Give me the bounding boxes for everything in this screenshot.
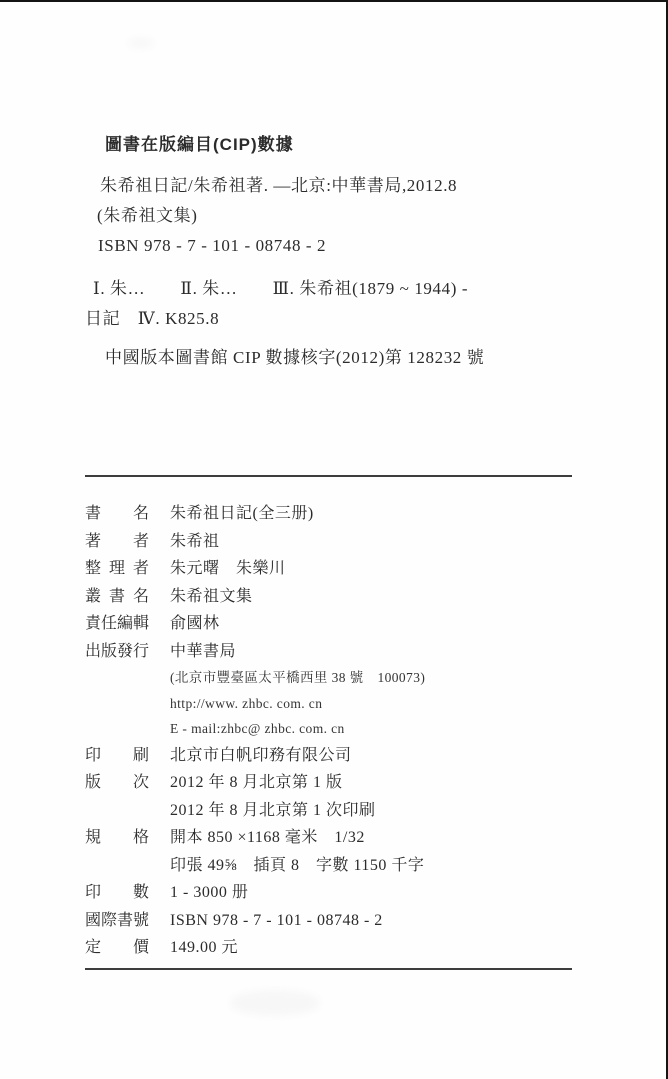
colophon-value: 朱元曙 朱樂川	[170, 555, 572, 583]
colophon-value: ISBN 978 - 7 - 101 - 08748 - 2	[170, 907, 572, 935]
colophon-value: 1 - 3000 册	[170, 879, 572, 907]
book-copyright-page: 圖書在版編目(CIP)數據 朱希祖日記/朱希祖著. —北京:中華書局,2012.…	[0, 0, 668, 1079]
colophon-row-publisher: 出版發行 中華書局 (北京市豐臺區太平橋西里 38 號 100073) http…	[85, 638, 572, 742]
colophon-label: 出版發行	[85, 638, 149, 666]
cip-line: 中國版本圖書館 CIP 數據核字(2012)第 128232 號	[85, 343, 590, 373]
colophon-row-title: 書名 朱希祖日記(全三册)	[85, 500, 572, 528]
colophon-value: 149.00 元	[170, 934, 572, 962]
cip-line: Ⅰ. 朱… Ⅱ. 朱… Ⅲ. 朱希祖(1879 ~ 1944) -	[85, 274, 590, 304]
colophon-row-price: 定價 149.00 元	[85, 934, 572, 962]
colophon-row-isbn: 國際書號 ISBN 978 - 7 - 101 - 08748 - 2	[85, 907, 572, 935]
colophon-value: 俞國林	[170, 610, 572, 638]
cip-line: 朱希祖日記/朱希祖著. —北京:中華書局,2012.8	[85, 171, 590, 201]
colophon-label: 國際書號	[85, 907, 149, 935]
cip-block: 圖書在版編目(CIP)數據 朱希祖日記/朱希祖著. —北京:中華書局,2012.…	[85, 130, 590, 373]
colophon-row-edition: 版次 2012 年 8 月北京第 1 版 2012 年 8 月北京第 1 次印刷	[85, 769, 572, 824]
publisher-email: E - mail:zhbc@ zhbc. com. cn	[170, 716, 572, 742]
colophon-row-responsible-editor: 責任編輯 俞國林	[85, 610, 572, 638]
colophon-block: 書名 朱希祖日記(全三册) 著者 朱希祖 整理者 朱元曙 朱樂川 叢書名 朱希祖…	[85, 475, 572, 970]
scan-smudge	[230, 990, 320, 1016]
cip-line: ISBN 978 - 7 - 101 - 08748 - 2	[85, 231, 590, 261]
colophon-value: 2012 年 8 月北京第 1 版	[170, 769, 572, 797]
colophon-label: 印刷	[85, 742, 149, 770]
colophon-label: 整理者	[85, 555, 149, 583]
colophon-row-print-run: 印數 1 - 3000 册	[85, 879, 572, 907]
colophon-value: 2012 年 8 月北京第 1 次印刷	[170, 797, 572, 825]
colophon-label: 版次	[85, 769, 149, 797]
colophon-value: 朱希祖	[170, 528, 572, 556]
colophon-row-author: 著者 朱希祖	[85, 528, 572, 556]
scan-edge-top	[0, 0, 668, 2]
colophon-label: 書名	[85, 500, 149, 528]
colophon-value: 中華書局	[170, 638, 572, 666]
colophon-rows: 書名 朱希祖日記(全三册) 著者 朱希祖 整理者 朱元曙 朱樂川 叢書名 朱希祖…	[85, 477, 572, 968]
cip-line: 日記 Ⅳ. K825.8	[85, 304, 590, 334]
colophon-label: 叢書名	[85, 583, 149, 611]
colophon-row-printer: 印刷 北京市白帆印務有限公司	[85, 742, 572, 770]
colophon-value: 開本 850 ×1168 毫米 1/32	[170, 824, 572, 852]
cip-line: (朱希祖文集)	[85, 201, 590, 231]
colophon-row-editors: 整理者 朱元曙 朱樂川	[85, 555, 572, 583]
cip-heading: 圖書在版編目(CIP)數據	[85, 130, 590, 160]
colophon-value: 朱希祖文集	[170, 583, 572, 611]
scan-smudge	[128, 38, 154, 48]
colophon-value: 北京市白帆印務有限公司	[170, 742, 572, 770]
colophon-value: 朱希祖日記(全三册)	[170, 500, 572, 528]
colophon-label: 印數	[85, 879, 149, 907]
colophon-value: 印張 49⅝ 插頁 8 字數 1150 千字	[170, 852, 572, 880]
colophon-label: 著者	[85, 528, 149, 556]
divider-bottom	[85, 968, 572, 970]
publisher-website: http://www. zhbc. com. cn	[170, 691, 572, 717]
colophon-label: 規格	[85, 824, 149, 852]
colophon-row-series: 叢書名 朱希祖文集	[85, 583, 572, 611]
colophon-row-format: 規格 開本 850 ×1168 毫米 1/32 印張 49⅝ 插頁 8 字數 1…	[85, 824, 572, 879]
colophon-label: 定價	[85, 934, 149, 962]
publisher-address: (北京市豐臺區太平橋西里 38 號 100073)	[170, 665, 572, 691]
colophon-label: 責任編輯	[85, 610, 149, 638]
